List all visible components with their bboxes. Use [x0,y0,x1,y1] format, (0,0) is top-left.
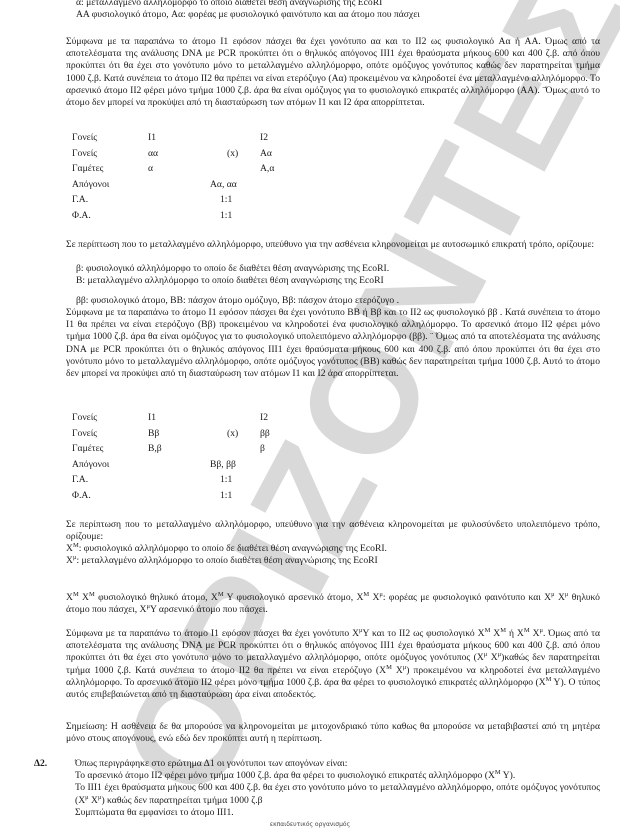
paragraph-x-linked: Σε περίπτωση που το μεταλλαγμένο αλληλόμ… [66,519,600,543]
definition-line: AA φυσιολογικό άτομο, Aα: φορέας με φυσι… [76,9,610,21]
cross-row: Γονείςαα(x)Aα [72,146,372,162]
genotype-definitions-b: ββ: φυσιολογικό άτομο, BB: πάσχον άτομο … [66,295,610,307]
cross-row-phenotype-ratio: Φ.Α.1:1 [72,488,372,504]
answer-line: Συμπτώματα θα εμφανίσει το άτομο III1. [75,807,600,819]
cross-row: ΓονείςI1I2 [72,130,372,146]
answer-line: Το III1 έχει θραύσματα μήκους 600 και 40… [75,782,600,806]
paragraph-autosomal-dominant-analysis: Σύμφωνα με τα παραπάνω το άτομο I1 εφόσο… [66,307,600,380]
cross-table-2: ΓονείςI1I2 ΓονείςBβ(x)ββ ΓαμέτεςB,ββ Από… [72,410,372,504]
allele-definitions-x: XM: φυσιολογικό αλληλόμορφο το οποίο δε … [66,543,600,567]
paragraph-x-linked-analysis: Σύμφωνα με τα παραπάνω το άτομο I1 εφόσο… [66,628,600,701]
cross-row: ΓονείςI1I2 [72,410,372,426]
cross-row-offspring: ΑπόγονοιAα, αα [72,177,372,193]
cross-row: ΓαμέτεςαA,α [72,161,372,177]
footer-text: εκπαιδευτικός οργανισμός [240,821,380,828]
allele-definitions-a: α: μεταλλαγμένο αλληλόμορφο το οποίο δια… [66,0,610,21]
definition-line: β: φυσιολογικό αλληλόμορφο το οποίο δε δ… [76,263,610,275]
definition-line: Xμ: μεταλλαγμένο αλληλόμορφο το οποίο δι… [66,555,600,567]
question-label-d2: Δ2. [34,758,47,769]
document-page: α: μεταλλαγμένο αλληλόμορφο το οποίο δια… [0,0,620,840]
genotype-definitions-x: XM XM φυσιολογικό θηλυκό άτομο, XM Y φυσ… [66,592,600,616]
cross-row: ΓαμέτεςB,ββ [72,441,372,457]
answer-line: Το αρσενικό άτομο II2 φέρει μόνο τμήμα 1… [75,770,600,782]
definition-line: α: μεταλλαγμένο αλληλόμορφο το οποίο δια… [76,0,610,9]
cross-table-1: ΓονείςI1I2 Γονείςαα(x)Aα ΓαμέτεςαA,α Από… [72,130,372,224]
cross-row-offspring: ΑπόγονοιBβ, ββ [72,457,372,473]
answer-d2: Όπως περιγράφηκε στο ερώτημα Δ1 οι γονότ… [75,758,600,819]
answer-line: Όπως περιγράφηκε στο ερώτημα Δ1 οι γονότ… [75,758,600,770]
paragraph-autosomal-dominant: Σε περίπτωση που το μεταλλαγμένο αλληλόμ… [66,239,600,251]
paragraph-autosomal-recessive: Σύμφωνα με τα παραπάνω το άτομο I1 εφόσο… [66,36,600,109]
cross-row: ΓονείςBβ(x)ββ [72,426,372,442]
definition-line: XM: φυσιολογικό αλληλόμορφο το οποίο δε … [66,543,600,555]
cross-row-genotype-ratio: Γ.Α.1:1 [72,472,372,488]
cross-row-phenotype-ratio: Φ.Α.1:1 [72,208,372,224]
definition-line: B: μεταλλαγμένο αλληλόμορφο το οποίο δια… [76,275,610,287]
cross-row-genotype-ratio: Γ.Α.1:1 [72,192,372,208]
note-paragraph: Σημείωση: Η ασθένεια δε θα μπορούσε να κ… [66,721,600,745]
allele-definitions-b: β: φυσιολογικό αλληλόμορφο το οποίο δε δ… [66,263,610,287]
